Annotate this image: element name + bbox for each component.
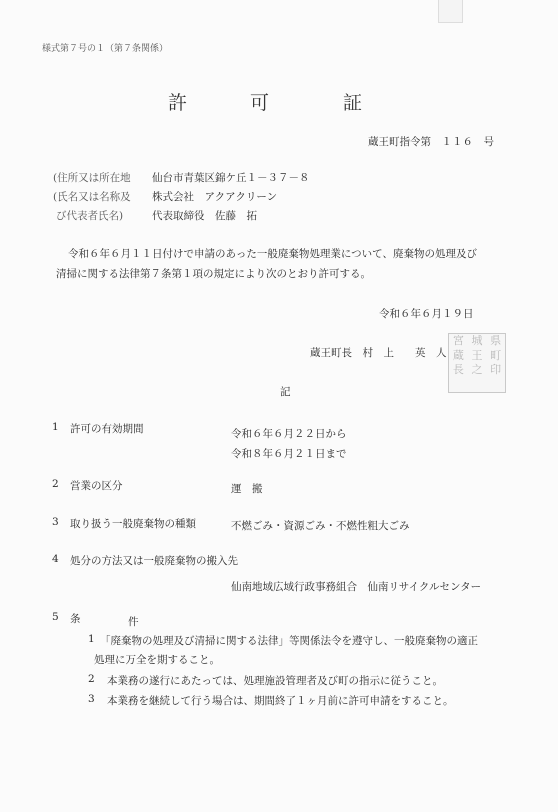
item-4-value: 仙南地域広域行政事務組合 仙南リサイクルセンター (231, 579, 481, 594)
title-char-3: 証 (343, 88, 362, 115)
seal-char: 宮 (449, 334, 468, 349)
seal-char: 長 (449, 363, 468, 378)
item-4-number: 4 (52, 553, 59, 565)
official-seal: 宮 城 県 蔵 王 町 長 之 印 (448, 333, 506, 393)
body-text-line-1: 令和６年６月１１日付けで申請のあった一般廃棄物処理業について、廃棄物の処理及び (68, 246, 477, 261)
issuer-name: 蔵王町長 村 上 英 人 (310, 345, 447, 360)
condition-1-number: 1 (88, 633, 95, 645)
seal-char: 城 (468, 334, 487, 349)
applicant-label-address: (住所又は所在地 (53, 170, 131, 185)
seal-char: 王 (468, 349, 487, 364)
seal-char: 蔵 (449, 349, 468, 364)
conditions-label-a: 条 (70, 611, 81, 626)
conditions-label-b: 件 (128, 614, 139, 629)
item-3-number: 3 (52, 516, 59, 528)
form-number: 様式第７号の１（第７条関係） (42, 41, 168, 54)
condition-2-text: 本業務の遂行にあたっては、処理施設管理者及び町の指示に従うこと。 (107, 673, 443, 688)
applicant-label-rep: び代表者氏名) (56, 208, 123, 223)
condition-1-line-2: 処理に万全を期すること。 (94, 652, 220, 667)
condition-3-number: 3 (88, 693, 95, 705)
item-1-value-2: 令和８年６月２１日まで (231, 446, 347, 461)
directive-number: 蔵王町指令第 １１６ 号 (368, 134, 494, 149)
seal-char: 県 (486, 334, 505, 349)
item-3-value: 不燃ごみ・資源ごみ・不燃性粗大ごみ (231, 518, 410, 533)
item-1-number: 1 (52, 421, 59, 433)
item-2-value: 運 搬 (231, 481, 263, 496)
item-2-number: 2 (52, 478, 59, 490)
condition-2-number: 2 (88, 673, 95, 685)
item-4-label: 処分の方法又は一般廃棄物の搬入先 (70, 553, 238, 568)
condition-1-line-1: 「廃棄物の処理及び清掃に関する法律」等関係法令を遵守し、一般廃棄物の適正 (100, 633, 478, 648)
applicant-address: 仙台市青葉区錦ケ丘１－３７－８ (152, 170, 310, 185)
applicant-label-name: (氏名又は名称及 (53, 189, 131, 204)
seal-char: 之 (468, 363, 487, 378)
seal-char: 町 (486, 349, 505, 364)
conditions-number: 5 (52, 611, 59, 623)
title-char-2: 可 (250, 88, 269, 115)
applicant-company: 株式会社 アクアクリーン (152, 189, 277, 204)
item-2-label: 営業の区分 (70, 478, 123, 493)
issue-date: 令和６年６月１９日 (379, 306, 474, 321)
ki-heading: 記 (280, 384, 291, 399)
body-text-line-2: 清掃に関する法律第７条第１項の規定により次のとおり許可する。 (56, 266, 371, 281)
item-1-value-1: 令和６年６月２２日から (231, 426, 347, 441)
applicant-representative: 代表取締役 佐藤 拓 (152, 208, 257, 223)
condition-3-text: 本業務を継続して行う場合は、期間終了１ヶ月前に許可申請をすること。 (107, 693, 454, 708)
corner-receipt-stamp (438, 0, 463, 23)
title-char-1: 許 (168, 88, 187, 115)
item-3-label: 取り扱う一般廃棄物の種類 (70, 516, 196, 531)
seal-char: 印 (486, 363, 505, 378)
item-1-label: 許可の有効期間 (70, 421, 144, 436)
